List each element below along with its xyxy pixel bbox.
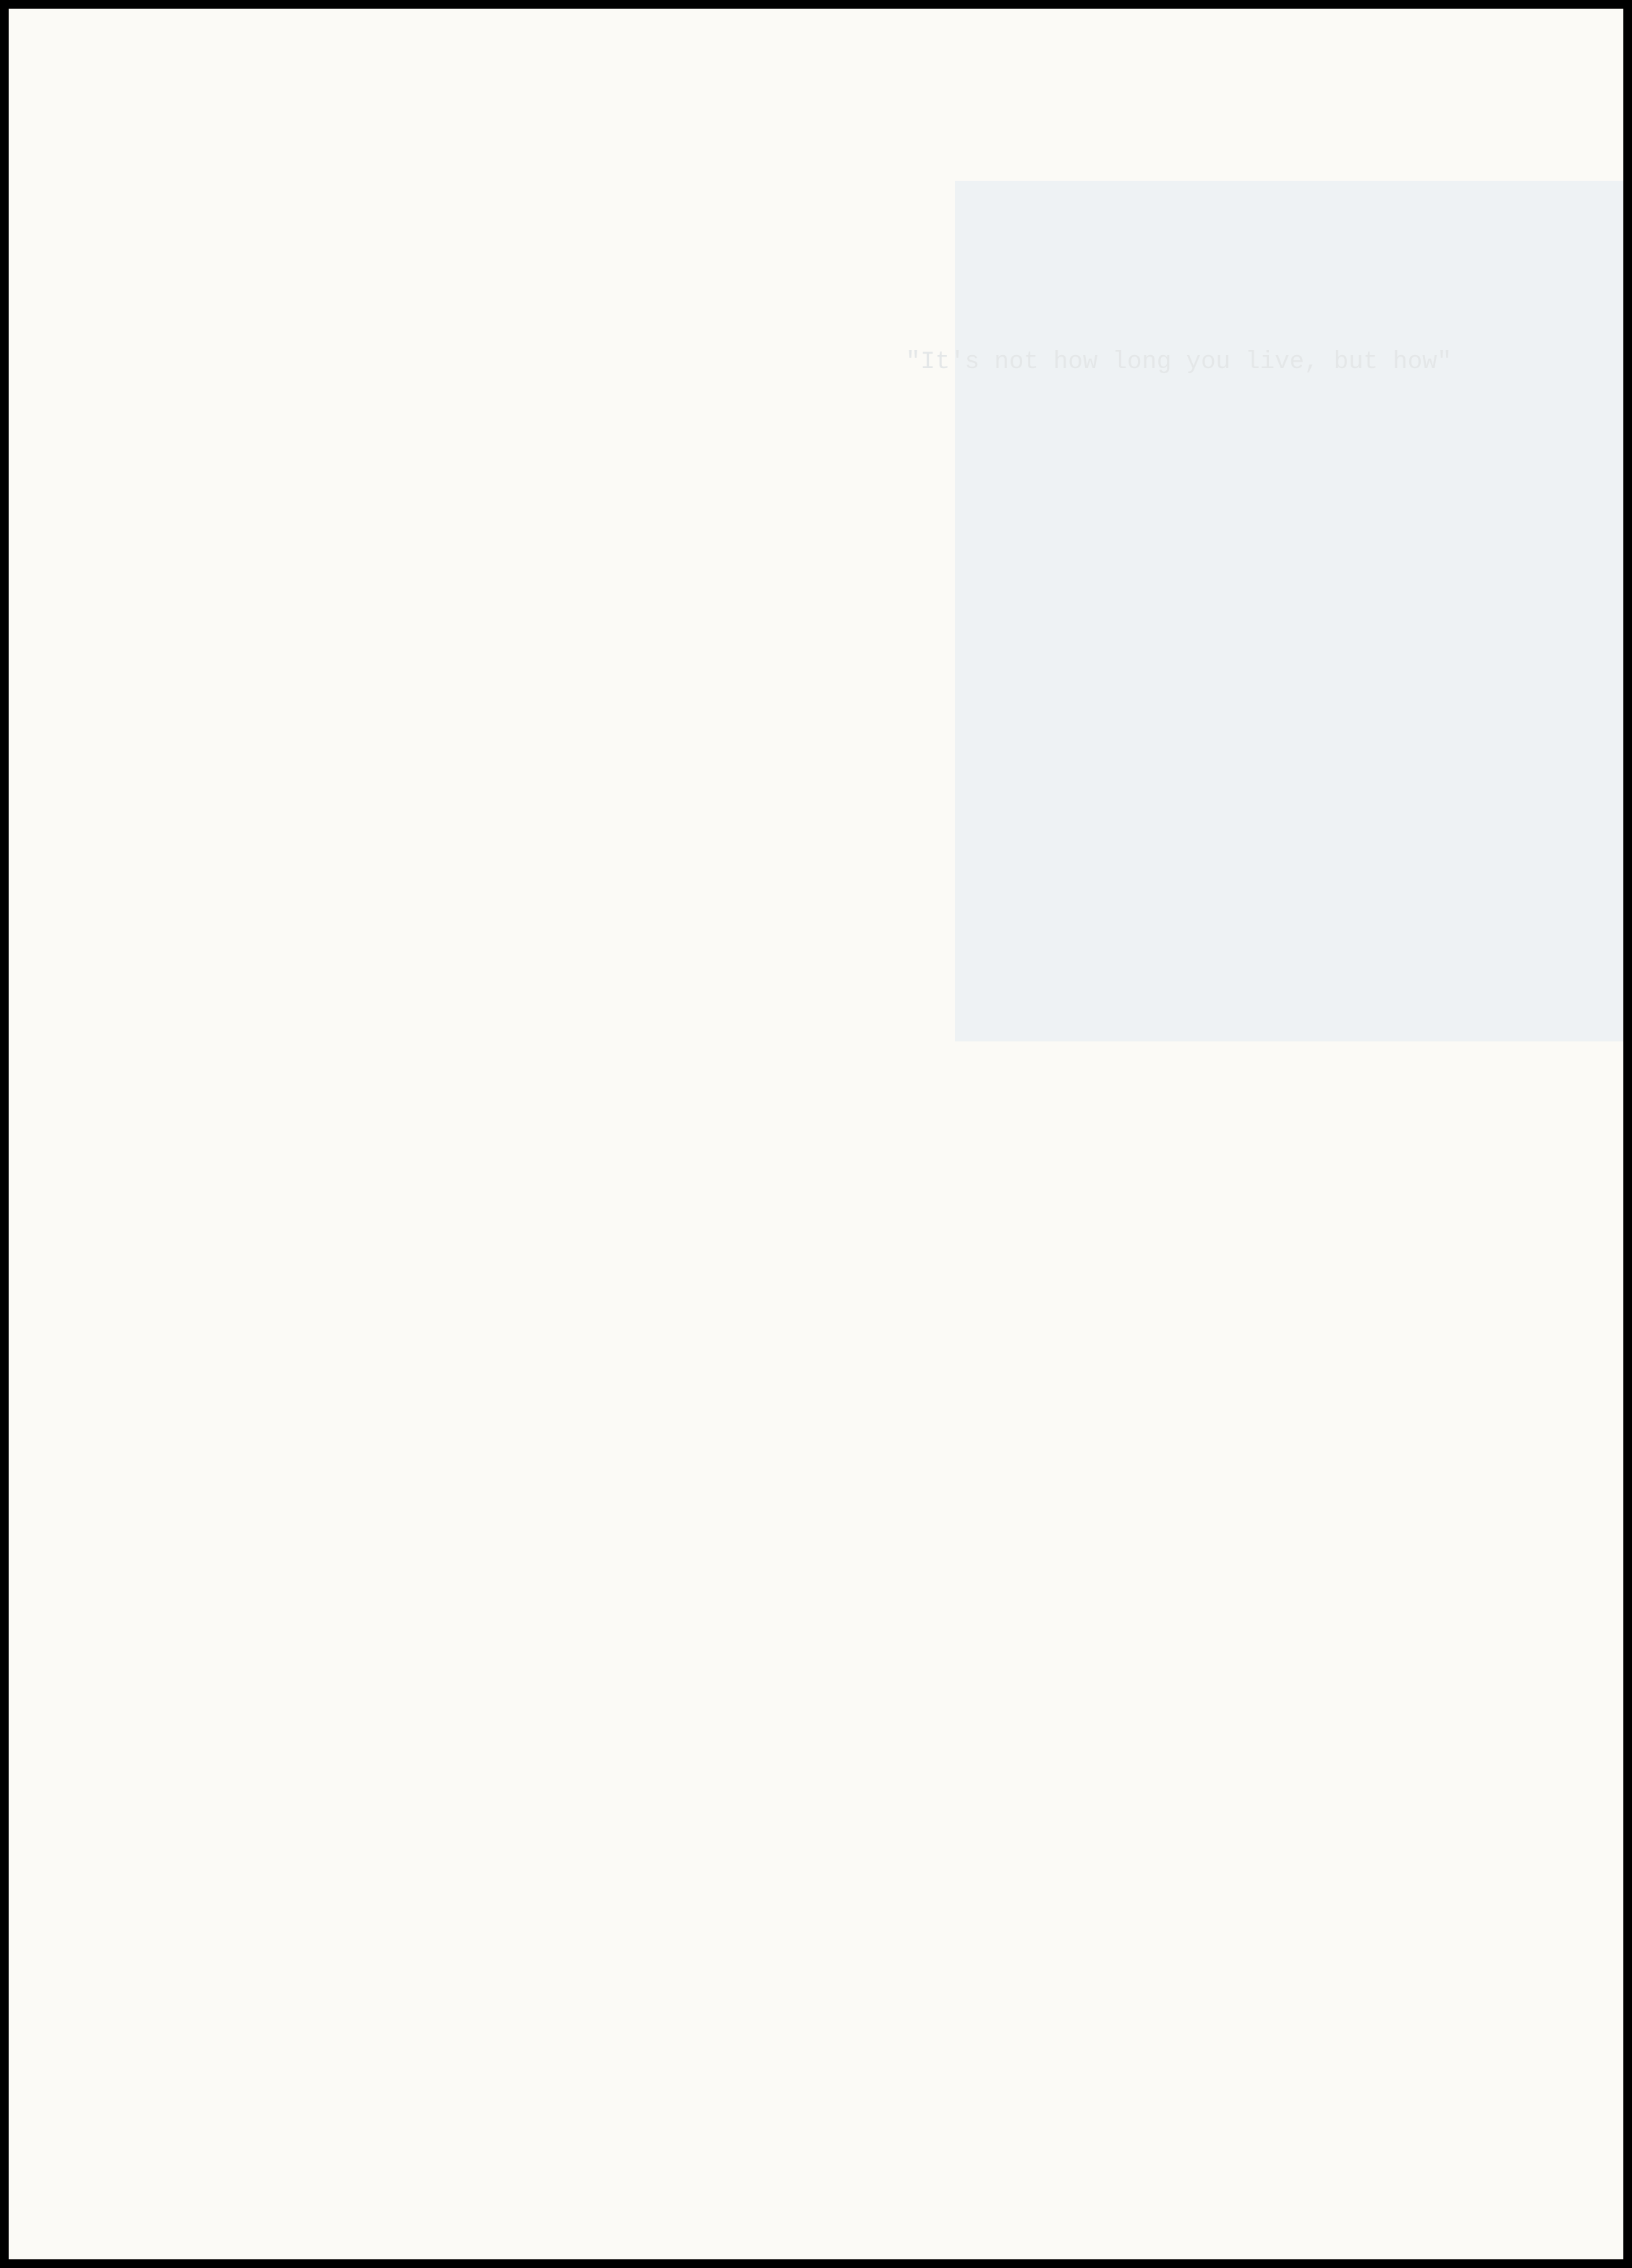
senior-quote: "It's not how long you live, but how": [906, 349, 1452, 376]
document-page: "It's not how long you live, but how": [9, 9, 1623, 2259]
portrait-photo: [955, 181, 1623, 1041]
